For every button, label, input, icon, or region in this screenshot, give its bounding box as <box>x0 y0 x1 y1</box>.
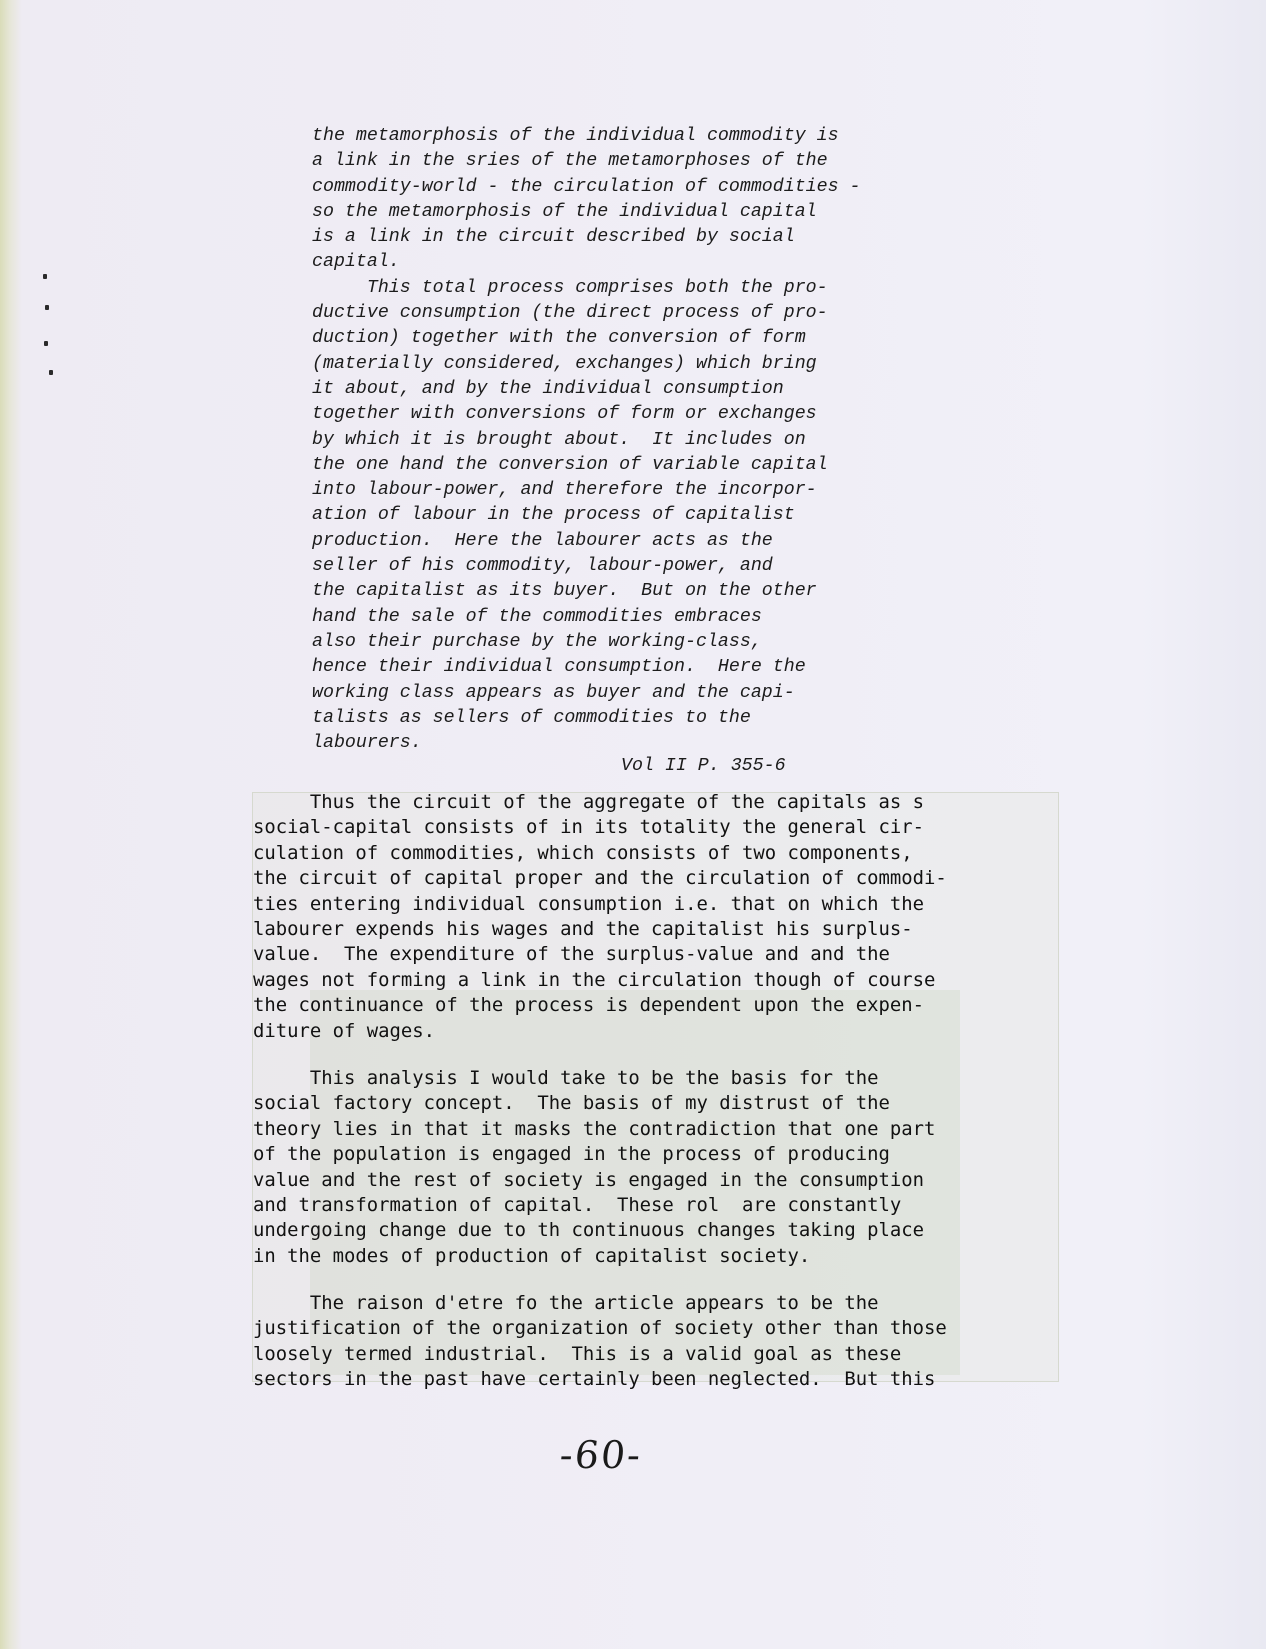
paragraph-social-factory: This analysis I would take to be the bas… <box>253 1066 1053 1269</box>
paragraph-raison-detre: The raison d'etre fo the article appears… <box>253 1291 1053 1393</box>
scanned-page: the metamorphosis of the individual comm… <box>0 0 1266 1649</box>
page-number: -60- <box>558 1433 645 1477</box>
margin-mark <box>43 274 47 279</box>
quotation-citation: Vol II P. 355-6 <box>621 754 786 779</box>
marx-quotation: the metamorphosis of the individual comm… <box>312 124 932 756</box>
paragraph-circuit-of-capital: Thus the circuit of the aggregate of the… <box>253 790 1053 1044</box>
margin-mark <box>44 341 48 346</box>
margin-mark <box>45 305 49 310</box>
margin-mark <box>49 370 53 375</box>
